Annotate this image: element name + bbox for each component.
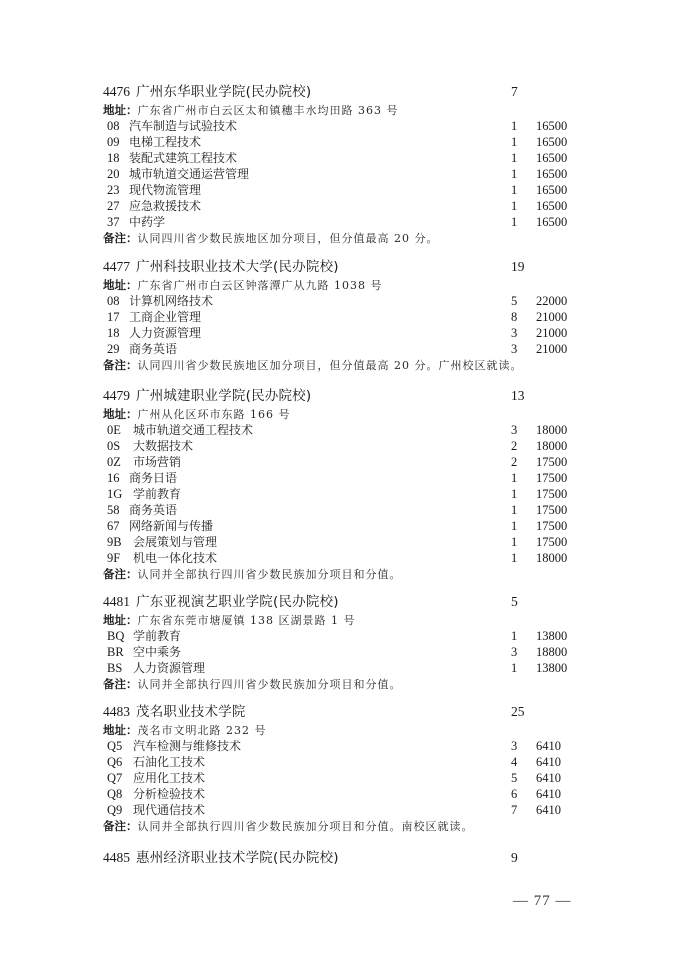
major-row: 9F机电一体化技术118000: [103, 550, 573, 566]
major-code: BR: [107, 644, 124, 660]
school-id: 4476: [103, 84, 130, 99]
major-count: 1: [511, 150, 517, 166]
major-fee: 13800: [536, 628, 567, 644]
major-count: 1: [511, 486, 517, 502]
major-code: 09: [107, 134, 120, 150]
major-name: 大数据技术: [133, 438, 193, 454]
major-count: 3: [511, 644, 517, 660]
major-code: Q8: [107, 786, 122, 802]
major-fee: 6410: [536, 770, 561, 786]
major-row: BR空中乘务318800: [103, 644, 573, 660]
major-name: 商务英语: [129, 502, 177, 518]
school-note: 备注：认同四川省少数民族地区加分项目，但分值最高 20 分。: [103, 230, 573, 246]
school-block-4483: 4483茂名职业技术学院 25 地址：茂名市文明北路 232 号 Q5汽车检测与…: [103, 702, 573, 834]
major-count: 1: [511, 198, 517, 214]
major-code: BS: [107, 660, 122, 676]
address-value: 广东省东莞市塘厦镇 138 区湖景路 1 号: [138, 614, 356, 627]
major-count: 3: [511, 325, 517, 341]
note-label: 备注：: [103, 231, 138, 245]
major-count: 6: [511, 786, 517, 802]
major-row: 0S大数据技术218000: [103, 438, 573, 454]
school-id: 4485: [103, 850, 130, 865]
major-fee: 18000: [536, 438, 567, 454]
major-name: 应急救援技术: [129, 198, 201, 214]
school-note: 备注：认同四川省少数民族地区加分项目，但分值最高 20 分。广州校区就读。: [103, 357, 573, 373]
major-fee: 16500: [536, 134, 567, 150]
school-plan-count: 13: [511, 386, 525, 406]
document-page: 4476广州东华职业学院(民办院校) 7 地址：广东省广州市白云区太和镇穗丰水均…: [0, 0, 680, 961]
address-value: 广东省广州市白云区钟落潭广从九路 1038 号: [138, 279, 383, 292]
major-row: BQ学前教育113800: [103, 628, 573, 644]
major-count: 5: [511, 293, 517, 309]
school-block-4481: 4481广东亚视演艺职业学院(民办院校) 5 地址：广东省东莞市塘厦镇 138 …: [103, 592, 573, 692]
major-count: 3: [511, 738, 517, 754]
major-row: 20城市轨道交通运营管理116500: [103, 166, 573, 182]
major-name: 城市轨道交通运营管理: [129, 166, 249, 182]
major-name: 应用化工技术: [133, 770, 205, 786]
note-label: 备注：: [103, 677, 138, 691]
major-name: 中药学: [129, 214, 165, 230]
school-plan-count: 9: [511, 848, 518, 868]
major-count: 2: [511, 438, 517, 454]
school-plan-count: 5: [511, 592, 518, 612]
address-label: 地址：: [103, 723, 138, 737]
major-fee: 13800: [536, 660, 567, 676]
major-fee: 16500: [536, 118, 567, 134]
major-count: 1: [511, 214, 517, 230]
major-name: 网络新闻与传播: [129, 518, 213, 534]
major-fee: 22000: [536, 293, 567, 309]
address-label: 地址：: [103, 407, 138, 421]
major-fee: 6410: [536, 786, 561, 802]
major-fee: 16500: [536, 214, 567, 230]
address-label: 地址：: [103, 278, 138, 292]
major-name: 人力资源管理: [133, 660, 205, 676]
note-value: 认同并全部执行四川省少数民族加分项目和分值。南校区就读。: [138, 820, 474, 833]
major-row: 18装配式建筑工程技术116500: [103, 150, 573, 166]
major-code: 18: [107, 150, 120, 166]
school-note: 备注：认同并全部执行四川省少数民族加分项目和分值。: [103, 676, 573, 692]
page-number: — 77 —: [513, 893, 572, 910]
major-row: 58商务英语117500: [103, 502, 573, 518]
major-row: Q9现代通信技术76410: [103, 802, 573, 818]
major-fee: 17500: [536, 486, 567, 502]
major-name: 学前教育: [133, 628, 181, 644]
major-row: 09电梯工程技术116500: [103, 134, 573, 150]
major-code: 27: [107, 198, 120, 214]
major-name: 城市轨道交通工程技术: [133, 422, 253, 438]
major-fee: 18800: [536, 644, 567, 660]
major-name: 装配式建筑工程技术: [129, 150, 237, 166]
major-code: Q7: [107, 770, 122, 786]
major-code: 08: [107, 118, 120, 134]
major-name: 人力资源管理: [129, 325, 201, 341]
major-row: 23现代物流管理116500: [103, 182, 573, 198]
major-code: 23: [107, 182, 120, 198]
major-fee: 16500: [536, 166, 567, 182]
school-plan-count: 7: [511, 82, 518, 102]
major-code: 16: [107, 470, 120, 486]
major-row: 0Z市场营销217500: [103, 454, 573, 470]
major-row: Q6石油化工技术46410: [103, 754, 573, 770]
major-code: 0E: [107, 422, 121, 438]
major-count: 1: [511, 628, 517, 644]
note-value: 认同四川省少数民族地区加分项目，但分值最高 20 分。广州校区就读。: [138, 359, 523, 372]
major-fee: 17500: [536, 534, 567, 550]
major-name: 现代通信技术: [133, 802, 205, 818]
major-count: 1: [511, 182, 517, 198]
major-row: 0E城市轨道交通工程技术318000: [103, 422, 573, 438]
major-count: 2: [511, 454, 517, 470]
address-value: 茂名市文明北路 232 号: [138, 724, 267, 737]
major-row: Q7应用化工技术56410: [103, 770, 573, 786]
major-row: 27应急救援技术116500: [103, 198, 573, 214]
major-row: 16商务日语117500: [103, 470, 573, 486]
school-id: 4483: [103, 704, 130, 719]
address-value: 广州从化区环市东路 166 号: [138, 408, 291, 421]
school-id: 4477: [103, 259, 130, 274]
major-code: 37: [107, 214, 120, 230]
school-heading: 4481广东亚视演艺职业学院(民办院校) 5: [103, 592, 573, 612]
major-row: 9B会展策划与管理117500: [103, 534, 573, 550]
school-name: 茂名职业技术学院: [136, 704, 246, 720]
major-count: 1: [511, 660, 517, 676]
note-value: 认同并全部执行四川省少数民族加分项目和分值。: [138, 678, 402, 691]
major-count: 3: [511, 341, 517, 357]
school-address: 地址：广东省广州市白云区太和镇穗丰水均田路 363 号: [103, 102, 573, 118]
major-fee: 16500: [536, 198, 567, 214]
school-id: 4479: [103, 388, 130, 403]
major-row: 08计算机网络技术522000: [103, 293, 573, 309]
major-code: 0S: [107, 438, 120, 454]
major-name: 电梯工程技术: [129, 134, 201, 150]
major-code: 58: [107, 502, 120, 518]
school-address: 地址：广州从化区环市东路 166 号: [103, 406, 573, 422]
school-name: 广州科技职业技术大学(民办院校): [136, 259, 339, 275]
major-name: 工商企业管理: [129, 309, 201, 325]
major-row: 67网络新闻与传播117500: [103, 518, 573, 534]
note-label: 备注：: [103, 567, 138, 581]
school-name: 广州城建职业学院(民办院校): [136, 388, 311, 404]
major-name: 市场营销: [133, 454, 181, 470]
major-count: 8: [511, 309, 517, 325]
major-row: 18人力资源管理321000: [103, 325, 573, 341]
major-code: 18: [107, 325, 120, 341]
address-value: 广东省广州市白云区太和镇穗丰水均田路 363 号: [138, 104, 399, 117]
major-code: 17: [107, 309, 120, 325]
address-label: 地址：: [103, 103, 138, 117]
school-plan-count: 19: [511, 257, 525, 277]
major-fee: 16500: [536, 150, 567, 166]
major-name: 会展策划与管理: [133, 534, 217, 550]
major-count: 7: [511, 802, 517, 818]
major-name: 空中乘务: [133, 644, 181, 660]
school-name: 惠州经济职业技术学院(民办院校): [136, 850, 339, 866]
major-name: 学前教育: [133, 486, 181, 502]
school-address: 地址：广东省东莞市塘厦镇 138 区湖景路 1 号: [103, 612, 573, 628]
major-name: 机电一体化技术: [133, 550, 217, 566]
school-heading: 4485惠州经济职业技术学院(民办院校) 9: [103, 848, 573, 868]
major-name: 汽车检测与维修技术: [133, 738, 241, 754]
school-id: 4481: [103, 594, 130, 609]
major-code: Q6: [107, 754, 122, 770]
school-plan-count: 25: [511, 702, 525, 722]
major-name: 汽车制造与试验技术: [129, 118, 237, 134]
major-count: 5: [511, 770, 517, 786]
major-code: Q5: [107, 738, 122, 754]
note-label: 备注：: [103, 819, 138, 833]
major-row: 37中药学116500: [103, 214, 573, 230]
major-fee: 6410: [536, 802, 561, 818]
major-name: 现代物流管理: [129, 182, 201, 198]
major-count: 4: [511, 754, 517, 770]
major-code: BQ: [107, 628, 124, 644]
school-heading: 4476广州东华职业学院(民办院校) 7: [103, 82, 573, 102]
school-note: 备注：认同并全部执行四川省少数民族加分项目和分值。: [103, 566, 573, 582]
major-code: 9F: [107, 550, 120, 566]
school-heading: 4483茂名职业技术学院 25: [103, 702, 573, 722]
major-row: BS人力资源管理113800: [103, 660, 573, 676]
school-address: 地址：广东省广州市白云区钟落潭广从九路 1038 号: [103, 277, 573, 293]
major-code: 08: [107, 293, 120, 309]
major-code: 1G: [107, 486, 122, 502]
major-count: 1: [511, 134, 517, 150]
major-fee: 17500: [536, 502, 567, 518]
major-count: 1: [511, 518, 517, 534]
major-count: 1: [511, 550, 517, 566]
school-note: 备注：认同并全部执行四川省少数民族加分项目和分值。南校区就读。: [103, 818, 573, 834]
major-code: 20: [107, 166, 120, 182]
school-heading: 4479广州城建职业学院(民办院校) 13: [103, 386, 573, 406]
note-value: 认同四川省少数民族地区加分项目，但分值最高 20 分。: [138, 232, 439, 245]
major-code: 29: [107, 341, 120, 357]
major-fee: 17500: [536, 470, 567, 486]
major-fee: 17500: [536, 518, 567, 534]
note-value: 认同并全部执行四川省少数民族加分项目和分值。: [138, 568, 402, 581]
major-name: 计算机网络技术: [129, 293, 213, 309]
major-fee: 16500: [536, 182, 567, 198]
major-row: Q8分析检验技术66410: [103, 786, 573, 802]
school-name: 广州东华职业学院(民办院校): [136, 84, 311, 100]
major-count: 1: [511, 166, 517, 182]
major-fee: 21000: [536, 309, 567, 325]
major-name: 石油化工技术: [133, 754, 205, 770]
major-fee: 21000: [536, 341, 567, 357]
major-fee: 6410: [536, 738, 561, 754]
major-count: 1: [511, 534, 517, 550]
major-name: 商务英语: [129, 341, 177, 357]
note-label: 备注：: [103, 358, 138, 372]
major-code: 0Z: [107, 454, 121, 470]
major-fee: 6410: [536, 754, 561, 770]
major-count: 1: [511, 118, 517, 134]
major-row: 08汽车制造与试验技术116500: [103, 118, 573, 134]
school-block-4477: 4477广州科技职业技术大学(民办院校) 19 地址：广东省广州市白云区钟落潭广…: [103, 257, 573, 373]
major-row: Q5汽车检测与维修技术36410: [103, 738, 573, 754]
school-name: 广东亚视演艺职业学院(民办院校): [136, 594, 339, 610]
address-label: 地址：: [103, 613, 138, 627]
major-fee: 18000: [536, 550, 567, 566]
major-count: 1: [511, 502, 517, 518]
major-row: 17工商企业管理821000: [103, 309, 573, 325]
major-fee: 17500: [536, 454, 567, 470]
major-name: 分析检验技术: [133, 786, 205, 802]
major-count: 3: [511, 422, 517, 438]
major-fee: 18000: [536, 422, 567, 438]
school-address: 地址：茂名市文明北路 232 号: [103, 722, 573, 738]
major-code: 9B: [107, 534, 122, 550]
school-block-4485: 4485惠州经济职业技术学院(民办院校) 9: [103, 848, 573, 868]
major-fee: 21000: [536, 325, 567, 341]
major-code: 67: [107, 518, 120, 534]
school-heading: 4477广州科技职业技术大学(民办院校) 19: [103, 257, 573, 277]
major-code: Q9: [107, 802, 122, 818]
school-block-4479: 4479广州城建职业学院(民办院校) 13 地址：广州从化区环市东路 166 号…: [103, 386, 573, 582]
major-count: 1: [511, 470, 517, 486]
school-block-4476: 4476广州东华职业学院(民办院校) 7 地址：广东省广州市白云区太和镇穗丰水均…: [103, 82, 573, 246]
major-name: 商务日语: [129, 470, 177, 486]
major-row: 1G学前教育117500: [103, 486, 573, 502]
major-row: 29商务英语321000: [103, 341, 573, 357]
